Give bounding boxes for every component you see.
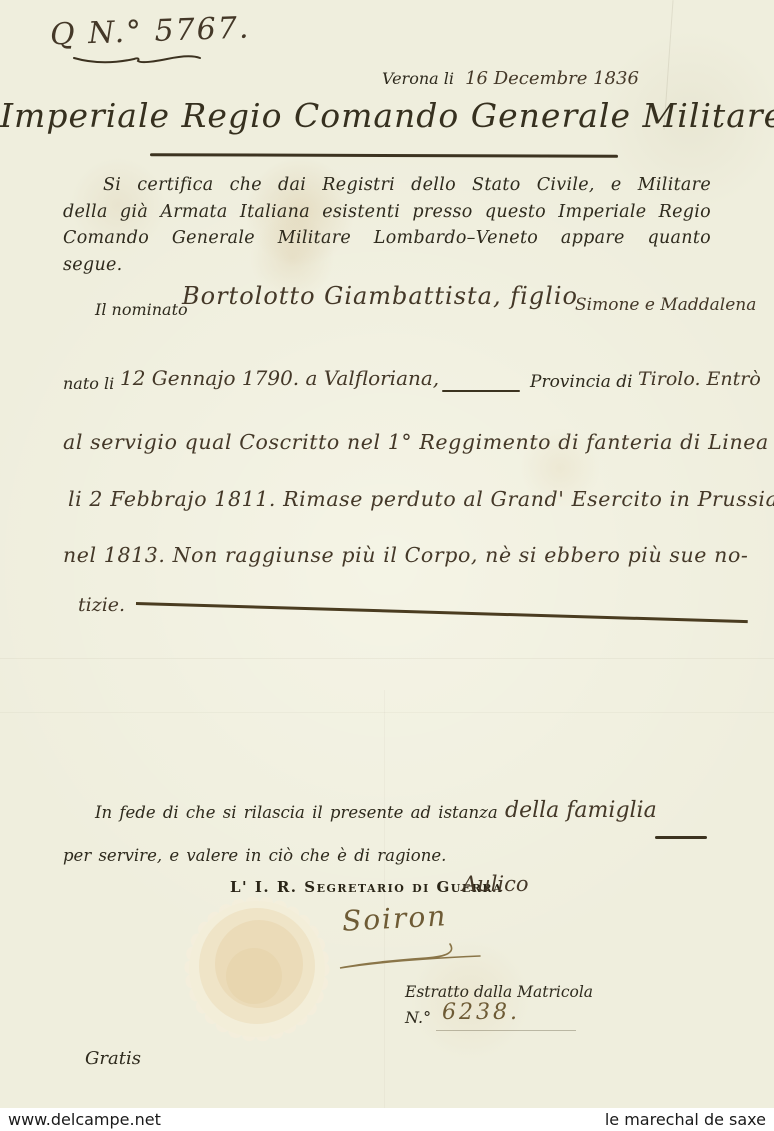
watermark-bar: www.delcampe.net le marechal de saxe — [0, 1108, 774, 1131]
service-line-4: tizie. — [78, 594, 125, 616]
document-page: Q N.° 5767. Verona li 16 Decembre 1836 I… — [0, 0, 774, 1131]
filler-dash — [442, 390, 520, 392]
title-rule — [150, 153, 618, 158]
watermark-url: www.delcampe.net — [8, 1110, 161, 1129]
gratis-label: Gratis — [85, 1048, 141, 1069]
province-value: Tirolo. Entrò — [638, 368, 761, 390]
province-label: Provincia di — [530, 372, 633, 392]
birth-date-place: 12 Gennajo 1790. a Valfloriana, — [120, 366, 439, 390]
dateline-place-label: Verona li — [382, 69, 454, 88]
birth-label: nato li — [63, 374, 114, 393]
service-line-3: nel 1813. Non raggiunse più il Corpo, nè… — [63, 543, 748, 567]
person-name: Bortolotto Giambattista, figlio — [182, 282, 578, 310]
reference-underline-flourish — [72, 50, 202, 66]
attestation-dash — [655, 836, 707, 839]
watermark-name: le marechal de saxe — [605, 1110, 766, 1129]
closing-rule — [136, 602, 748, 623]
nominato-label: Il nominato — [95, 300, 188, 319]
fold-line — [384, 690, 385, 1110]
paper-seal-icon — [178, 890, 336, 1048]
extract-underline — [436, 1030, 576, 1031]
service-line-1: al servigio qual Coscritto nel 1° Reggim… — [63, 430, 769, 454]
dateline: Verona li 16 Decembre 1836 — [382, 68, 639, 89]
extract-number-label: N.° — [405, 1008, 431, 1027]
extract-number: 6238. — [442, 1000, 520, 1025]
secretary-word-aulico: Aulico — [462, 872, 529, 896]
service-line-2: li 2 Febbrajo 1811. Rimase perduto al Gr… — [68, 487, 774, 511]
attestation-line-2: per servire, e valere in ciò che è di ra… — [63, 846, 446, 865]
fold-line — [0, 658, 774, 659]
dateline-date: 16 Decembre 1836 — [465, 68, 639, 89]
reference-number: Q N.° 5767. — [49, 11, 251, 53]
document-title: Imperiale Regio Comando Generale Militar… — [0, 96, 774, 135]
extract-label: Estratto dalla Matricola — [405, 983, 593, 1001]
attestation-printed: In fede di che si rilascia il presente a… — [95, 803, 498, 822]
parents-names: Simone e Maddalena — [575, 295, 756, 315]
certification-paragraph: Si certifica che dai Registri dello Stat… — [63, 172, 711, 278]
signature: Soiron — [341, 899, 448, 937]
signature-flourish — [330, 942, 510, 972]
fold-line — [0, 712, 774, 713]
attestation-handwritten: della famiglia — [505, 798, 657, 823]
